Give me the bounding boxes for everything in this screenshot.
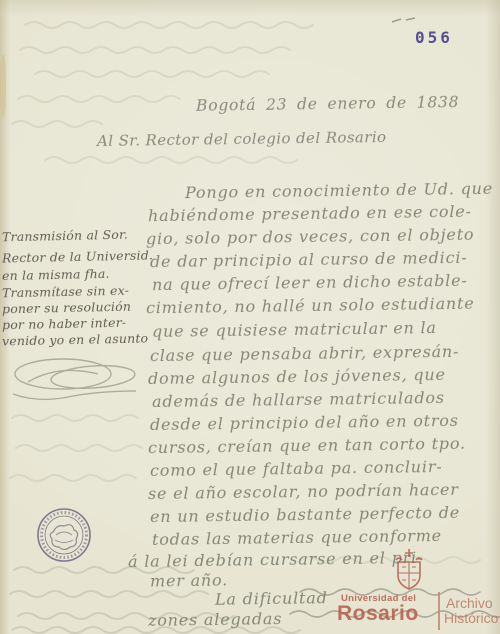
body-line: dome algunos de los jóvenes, que bbox=[148, 365, 446, 388]
body-line: na que ofrecí leer en dicho estable- bbox=[152, 271, 468, 294]
body-line: zones alegadas bbox=[148, 609, 282, 630]
margin-note-line: Rector de la Universid. bbox=[2, 247, 153, 265]
body-line: Pongo en conocimiento de Ud. que bbox=[185, 179, 493, 202]
watermark-archive-line1: Archivo bbox=[446, 595, 493, 611]
margin-note-line: Transmisión al Sor. bbox=[2, 227, 128, 245]
watermark: Universidad del Rosario Archivo Históric… bbox=[333, 548, 500, 634]
rubric-flourish bbox=[8, 352, 143, 410]
body-line: en un estudio bastante perfecto de bbox=[150, 503, 460, 526]
body-line: desde el principio del año en otros bbox=[150, 411, 459, 434]
body-line: gio, solo por dos veces, con el objeto bbox=[146, 225, 475, 249]
ink-seal bbox=[35, 506, 93, 564]
body-line: que se quisiese matricular en la bbox=[152, 318, 437, 341]
body-line: La dificultad bbox=[215, 588, 328, 609]
body-line: clase que pensaba abrir, expresán- bbox=[150, 342, 459, 365]
margin-note-line: poner su resolución bbox=[2, 299, 131, 317]
salutation: Al Sr. Rector del colegio del Rosario bbox=[97, 128, 387, 150]
body-line: de dar principio al curso de medici- bbox=[150, 248, 468, 271]
manuscript-page: 056 Bogotá 23 de enero de 1838 Al Sr. Re… bbox=[0, 0, 500, 634]
margin-note-line: Transmítase sin ex- bbox=[2, 283, 129, 301]
body-line: como el que faltaba pa. concluir- bbox=[150, 457, 443, 480]
body-line: cursos, creían que en tan corto tpo. bbox=[148, 434, 466, 457]
body-line: además de hallarse matriculados bbox=[152, 388, 445, 411]
pencil-marks bbox=[391, 15, 417, 25]
archive-number-stamp: 056 bbox=[415, 28, 453, 47]
binding-edge-stain bbox=[0, 55, 6, 117]
margin-note-line: en la misma fha. bbox=[2, 266, 110, 283]
margin-note-line: por no haber inter- bbox=[2, 315, 127, 333]
dateline: Bogotá 23 de enero de 1838 bbox=[196, 93, 460, 115]
body-line: todas las materias que conforme bbox=[152, 526, 442, 549]
body-line: se el año escolar, no podrían hacer bbox=[148, 480, 459, 503]
body-line: mer año. bbox=[150, 570, 228, 590]
rosario-crest-icon bbox=[389, 548, 429, 594]
margin-note-line: venido yo en el asunto bbox=[2, 330, 149, 348]
watermark-archive-line2: Histórico bbox=[444, 610, 498, 626]
body-line: cimiento, no hallé un solo estudiante bbox=[146, 294, 475, 318]
watermark-institution-name: Rosario bbox=[337, 602, 419, 626]
watermark-divider bbox=[438, 592, 440, 630]
body-line: habiéndome presentado en ese cole- bbox=[148, 202, 472, 226]
